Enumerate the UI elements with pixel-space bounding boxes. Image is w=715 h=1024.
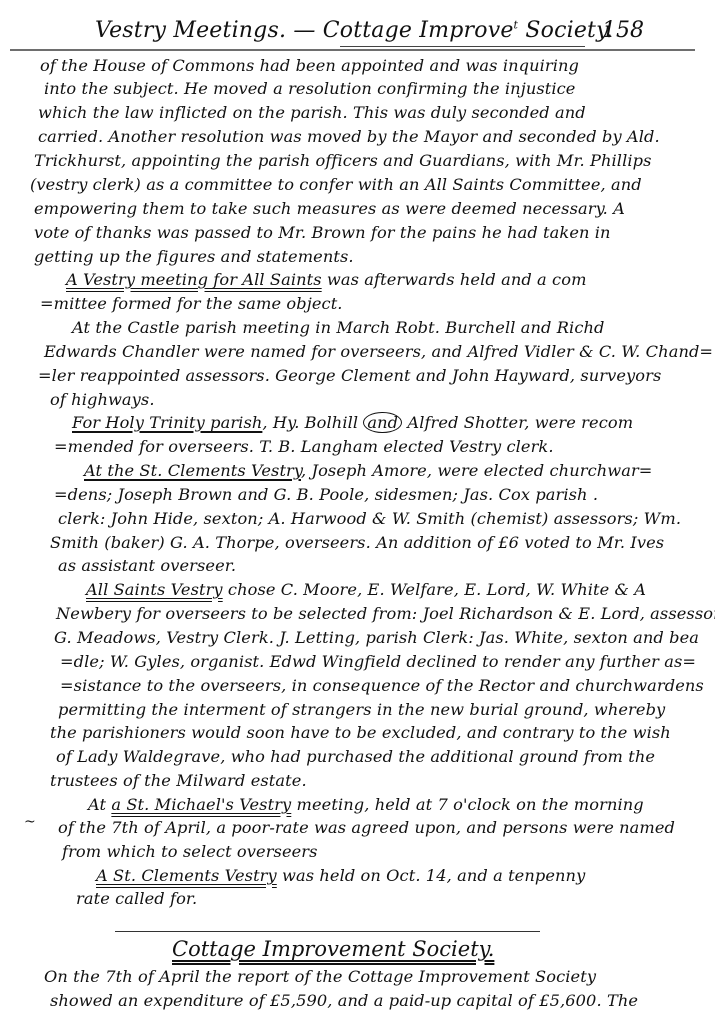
text-run: , Hy. Bolhill [262, 413, 363, 432]
running-title-text: Vestry Meetings. — Cottage Improve [95, 18, 514, 43]
paragraph-all-saints-line1: A Vestry meeting for All Saints was afte… [66, 270, 587, 290]
paragraph-st-clements-line1: At the St. Clements Vestry, Joseph Amore… [84, 461, 652, 481]
text-line: vote of thanks was passed to Mr. Brown f… [34, 223, 611, 243]
text-line: At the Castle parish meeting in March Ro… [72, 318, 604, 338]
text-line: trustees of the Milward estate. [50, 771, 307, 791]
circled-word: and [363, 412, 402, 433]
page-header: Vestry Meetings. — Cottage Improvet Soci… [0, 12, 715, 52]
text-line: =mittee formed for the same object. [40, 294, 343, 314]
underlined-heading: For Holy Trinity parish [72, 413, 262, 432]
text-line: On the 7th of April the report of the Co… [44, 967, 596, 987]
text-line: =dle; W. Gyles, organist. Edwd Wingfield… [60, 652, 696, 672]
text-line: from which to select overseers [62, 842, 318, 862]
paragraph-all-saints-2-line1: All Saints Vestry chose C. Moore, E. Wel… [86, 580, 646, 600]
manuscript-page: Vestry Meetings. — Cottage Improvet Soci… [0, 0, 715, 1024]
underlined-heading: A Vestry meeting for All Saints [66, 270, 322, 289]
text-line: =dens; Joseph Brown and G. B. Poole, sid… [54, 485, 598, 505]
text-line: into the subject. He moved a resolution … [44, 79, 576, 99]
text-line: clerk: John Hide, sexton; A. Harwood & W… [58, 509, 681, 529]
running-title-text-end: Society. [518, 18, 613, 43]
text-line: Trickhurst, appointing the parish office… [34, 151, 652, 171]
text-line: of the House of Commons had been appoint… [40, 56, 579, 76]
paragraph-holy-trinity-line1: For Holy Trinity parish, Hy. Bolhill and… [72, 413, 633, 433]
text-line: rate called for. [76, 889, 197, 909]
text-line: G. Meadows, Vestry Clerk. J. Letting, pa… [54, 628, 699, 648]
text-run: was afterwards held and a com [322, 270, 587, 289]
text-line: Edwards Chandler were named for overseer… [44, 342, 713, 362]
text-line: =mended for overseers. T. B. Langham ele… [54, 437, 554, 457]
title-underline [340, 46, 585, 47]
text-line: as assistant overseer. [58, 556, 236, 576]
text-run: was held on Oct. 14, and a tenpenny [277, 866, 586, 885]
page-number: 158 [602, 18, 644, 43]
text-line: of highways. [50, 390, 155, 410]
text-line: Newbery for overseers to be selected fro… [56, 604, 715, 624]
text-line: showed an expenditure of £5,590, and a p… [50, 991, 638, 1011]
header-rule [10, 49, 695, 51]
text-line: empowering them to take such measures as… [34, 199, 625, 219]
text-line: Smith (baker) G. A. Thorpe, overseers. A… [50, 533, 664, 553]
underlined-heading: At the St. Clements Vestry [84, 461, 301, 480]
text-run: meeting, held at 7 o'clock on the mornin… [291, 795, 643, 814]
text-run: Alfred Shotter, were recom [402, 413, 633, 432]
text-line: of the 7th of April, a poor-rate was agr… [58, 818, 675, 838]
text-line: carried. Another resolution was moved by… [38, 127, 660, 147]
text-line: (vestry clerk) as a committee to confer … [30, 175, 642, 195]
text-line: =sistance to the overseers, in consequen… [60, 676, 704, 696]
text-line: =ler reappointed assessors. George Cleme… [38, 366, 661, 386]
paragraph-st-michaels-line1: At a St. Michael's Vestry meeting, held … [88, 795, 644, 815]
text-line: getting up the figures and statements. [34, 247, 354, 267]
text-run: , Joseph Amore, were elected churchwar= [301, 461, 653, 480]
text-line: of Lady Waldegrave, who had purchased th… [56, 747, 655, 767]
underlined-heading: a St. Michael's Vestry [111, 795, 291, 814]
text-run: At [88, 795, 111, 814]
paragraph-st-clements-2-line1: A St. Clements Vestry was held on Oct. 1… [96, 866, 585, 886]
section-divider [115, 931, 540, 932]
text-line: permitting the interment of strangers in… [58, 700, 665, 720]
section-title: Cottage Improvement Society. [172, 937, 494, 961]
underlined-heading: All Saints Vestry [86, 580, 223, 599]
running-title: Vestry Meetings. — Cottage Improvet Soci… [95, 18, 613, 43]
underlined-heading: A St. Clements Vestry [96, 866, 277, 885]
text-line: the parishioners would soon have to be e… [50, 723, 671, 743]
margin-mark: ~ [24, 814, 36, 830]
text-run: chose C. Moore, E. Welfare, E. Lord, W. … [223, 580, 646, 599]
text-line: which the law inflicted on the parish. T… [38, 103, 586, 123]
